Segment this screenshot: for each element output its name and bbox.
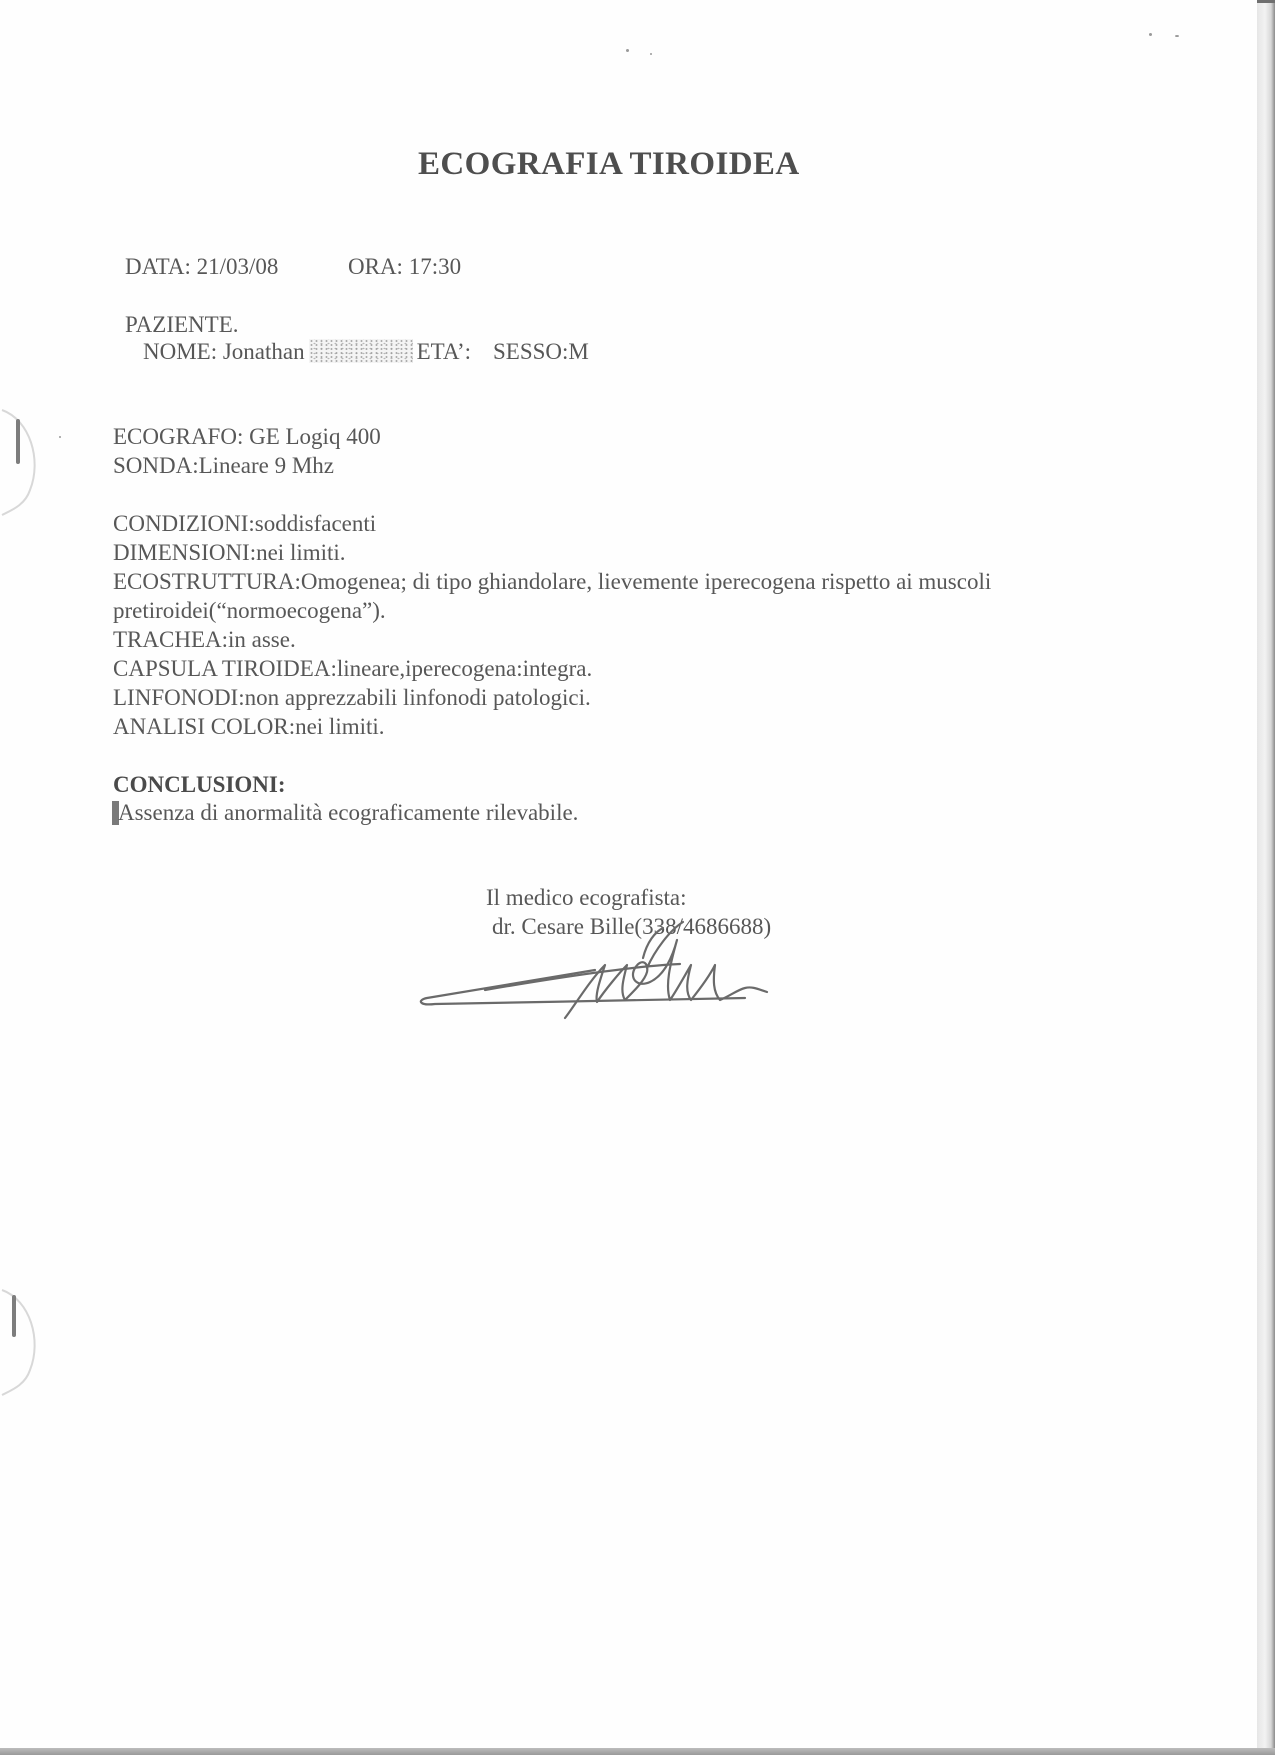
redacted-surname bbox=[309, 339, 413, 363]
scan-edge-bottom bbox=[0, 1748, 1275, 1755]
exam-date: DATA: 21/03/08 bbox=[125, 252, 278, 281]
scan-speck bbox=[1175, 35, 1179, 37]
finding-echostructure: ECOSTRUTTURA:Omogenea; di tipo ghiandola… bbox=[113, 567, 991, 596]
patient-age: ETA’: bbox=[417, 339, 471, 364]
finding-trachea: TRACHEA:in asse. bbox=[113, 625, 296, 654]
handwritten-signature-icon bbox=[415, 920, 785, 1020]
conclusions-text: Assenza di anormalità ecograficamente ri… bbox=[118, 800, 578, 825]
punch-hole-icon bbox=[0, 405, 40, 525]
punch-hole-icon bbox=[0, 1285, 40, 1405]
finding-conditions: CONDIZIONI:soddisfacenti bbox=[113, 509, 376, 538]
conclusions-line: Assenza di anormalità ecograficamente ri… bbox=[112, 798, 578, 827]
exam-time: ORA: 17:30 bbox=[348, 252, 461, 281]
scan-speck bbox=[59, 436, 61, 438]
probe-type: SONDA:Lineare 9 Mhz bbox=[113, 451, 334, 480]
scanner-model: ECOGRAFO: GE Logiq 400 bbox=[113, 422, 381, 451]
conclusions-heading: CONCLUSIONI: bbox=[113, 770, 286, 799]
scan-speck bbox=[1149, 33, 1152, 36]
scan-edge-corner bbox=[1257, 0, 1275, 3]
scan-edge-right bbox=[1257, 0, 1275, 1755]
scan-speck bbox=[626, 49, 629, 52]
patient-info-line: NOME: JonathanETA’:SESSO:M bbox=[143, 337, 589, 366]
patient-name: NOME: Jonathan bbox=[143, 339, 305, 364]
patient-section-label: PAZIENTE. bbox=[125, 310, 239, 339]
scan-speck bbox=[650, 53, 652, 55]
finding-lymph-nodes: LINFONODI:non apprezzabili linfonodi pat… bbox=[113, 683, 591, 712]
finding-echostructure-cont: pretiroidei(“normoecogena”). bbox=[113, 596, 386, 625]
signature-role: Il medico ecografista: bbox=[486, 883, 687, 912]
finding-color-analysis: ANALISI COLOR:nei limiti. bbox=[113, 712, 385, 741]
scanned-page: ECOGRAFIA TIROIDEA DATA: 21/03/08 ORA: 1… bbox=[0, 0, 1257, 1748]
patient-sex: SESSO:M bbox=[493, 339, 589, 364]
finding-dimensions: DIMENSIONI:nei limiti. bbox=[113, 538, 346, 567]
finding-capsule: CAPSULA TIROIDEA:lineare,iperecogena:int… bbox=[113, 654, 592, 683]
document-title: ECOGRAFIA TIROIDEA bbox=[418, 146, 800, 183]
